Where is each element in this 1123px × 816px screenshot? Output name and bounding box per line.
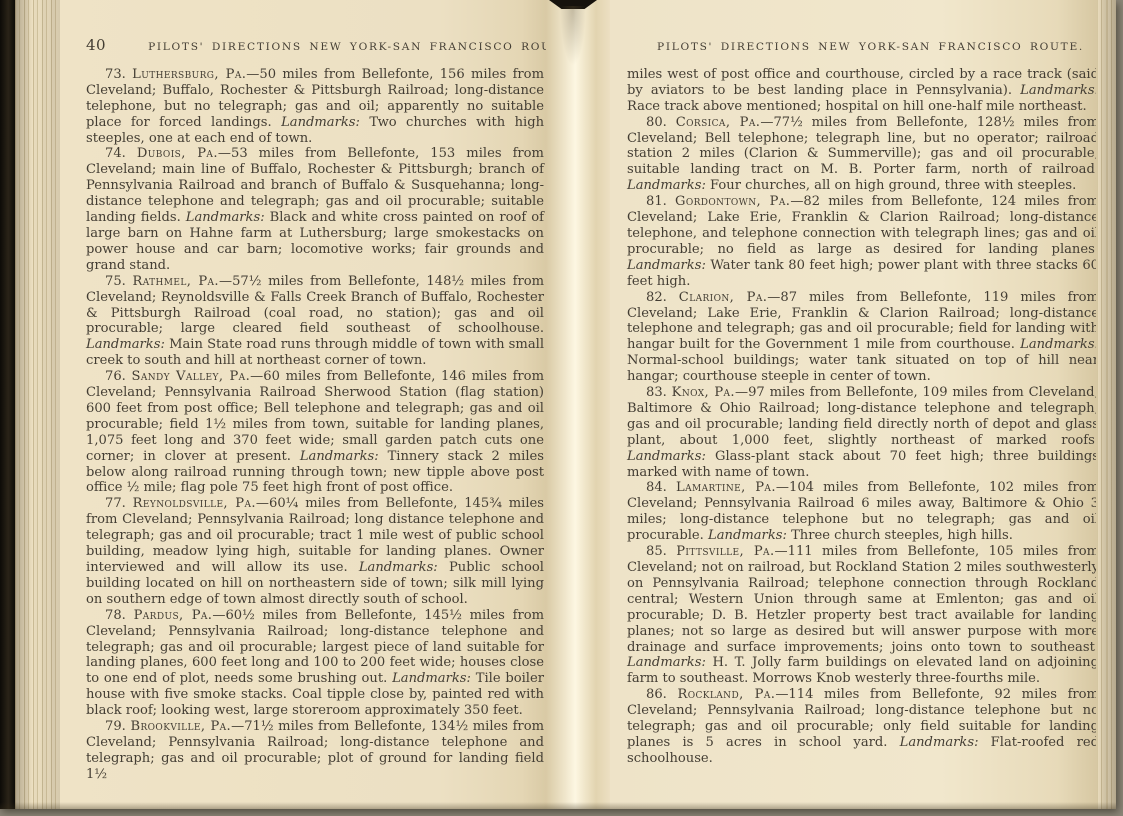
entry-78: 78. Pardus, Pa.—60½ miles from Bellefont… [86,608,544,719]
entry-80: 80. Corsica, Pa.—77½ miles from Bellefon… [627,115,1096,195]
entry-number: 75. [105,274,126,289]
entry-town: Brookville, Pa. [130,719,231,734]
entry-82: 82. Clarion, Pa.—87 miles from Bellefont… [627,290,1096,385]
page-number: 40 [86,38,106,54]
right-page-edge-stack [1096,0,1116,809]
entry-town: Knox, Pa. [672,385,735,400]
landmarks-label: Landmarks: [1020,337,1096,352]
spine-gutter [546,0,610,809]
landmarks-text: Three church steeples, high hills. [791,528,1013,543]
entry-86: 86. Rockland, Pa.—114 miles from Bellefo… [627,687,1096,767]
landmarks-label: Landmarks: [627,178,706,193]
entry-number: 77. [105,496,126,511]
entry-83: 83. Knox, Pa.—97 miles from Bellefonte, … [627,385,1096,480]
entry-75: 75. Rathmel, Pa.—57½ miles from Bellefon… [86,274,544,369]
entry-73: 73. Luthersburg, Pa.—50 miles from Belle… [86,67,544,147]
landmarks-label: Landmarks: [281,115,360,130]
entry-number: 83. [646,385,667,400]
entry-number: 85. [646,544,667,559]
entry-town: Clarion, Pa. [679,290,767,305]
entry-details: —111 miles from Bellefonte, 105 miles fr… [627,544,1096,654]
left-page: 40 PILOTS' DIRECTIONS NEW YORK-SAN FRANC… [60,0,546,809]
entry-town: Sandy Valley, Pa. [131,369,250,384]
right-page-content: PILOTS' DIRECTIONS NEW YORK-SAN FRANCISC… [627,38,1096,767]
landmarks-label: Landmarks: [627,258,706,273]
spine-fold-shadow [560,6,586,66]
entry-town: Luthersburg, Pa. [132,67,246,82]
landmarks-label: Landmarks: [186,210,265,225]
landmarks-label: Landmarks: [708,528,787,543]
right-page-header: PILOTS' DIRECTIONS NEW YORK-SAN FRANCISC… [627,38,1096,56]
landmarks-label: Landmarks: [627,449,706,464]
landmarks-label: Landmarks: [627,655,706,670]
entry-number: 74. [105,146,126,161]
entry-number: 86. [646,687,667,702]
entry-town: Rathmel, Pa. [132,274,219,289]
entry-town: Lamartine, Pa. [676,480,776,495]
running-head: PILOTS' DIRECTIONS NEW YORK-SAN FRANCISC… [148,40,546,56]
landmarks-label: Landmarks: [900,735,979,750]
running-head: PILOTS' DIRECTIONS NEW YORK-SAN FRANCISC… [657,40,1084,56]
left-page-edge-stack [15,0,60,809]
entry-number: 84. [646,480,667,495]
entry-town: Pardus, Pa. [134,608,213,623]
entry-number: 81. [646,194,667,209]
entry-town: Corsica, Pa. [676,115,761,130]
left-page-header: 40 PILOTS' DIRECTIONS NEW YORK-SAN FRANC… [86,38,544,56]
landmarks-text: Normal-school buildings; water tank situ… [627,353,1096,384]
entry-77: 77. Reynoldsville, Pa.—60¼ miles from Be… [86,496,544,607]
entry-number: 79. [105,719,126,734]
entry-number: 82. [646,290,667,305]
entry-town: Gordontown, Pa. [675,194,790,209]
entry-81: 81. Gordontown, Pa.—82 miles from Bellef… [627,194,1096,289]
right-page: PILOTS' DIRECTIONS NEW YORK-SAN FRANCISC… [610,0,1096,809]
landmarks-text: Race track above mentioned; hospital on … [627,99,1087,114]
entry-79: 79. Brookville, Pa.—71½ miles from Belle… [86,719,544,783]
entry-town: Reynoldsville, Pa. [133,496,256,511]
entry-town: Rockland, Pa. [677,687,775,702]
entry-town: Pittsville, Pa. [676,544,774,559]
entry-number: 78. [105,608,126,623]
landmarks-label: Landmarks: [392,671,471,686]
book-cover-edge [0,0,15,809]
entry-74: 74. Dubois, Pa.—53 miles from Bellefonte… [86,146,544,273]
entry-number: 73. [105,67,126,82]
entry-number: 80. [646,115,667,130]
entry-85: 85. Pittsville, Pa.—111 miles from Belle… [627,544,1096,687]
entry-town: Dubois, Pa. [137,146,218,161]
landmarks-label: Landmarks: [1020,83,1096,98]
landmarks-label: Landmarks: [86,337,165,352]
entry-84: 84. Lamartine, Pa.—104 miles from Bellef… [627,480,1096,544]
entry-79-continuation: miles west of post office and courthouse… [627,67,1096,115]
book-spread: 40 PILOTS' DIRECTIONS NEW YORK-SAN FRANC… [0,0,1116,809]
landmarks-label: Landmarks: [300,449,379,464]
entry-76: 76. Sandy Valley, Pa.—60 miles from Bell… [86,369,544,496]
left-page-content: 40 PILOTS' DIRECTIONS NEW YORK-SAN FRANC… [86,38,544,783]
landmarks-label: Landmarks: [359,560,438,575]
landmarks-text: Four churches, all on high ground, three… [710,178,1076,193]
entry-number: 76. [105,369,126,384]
